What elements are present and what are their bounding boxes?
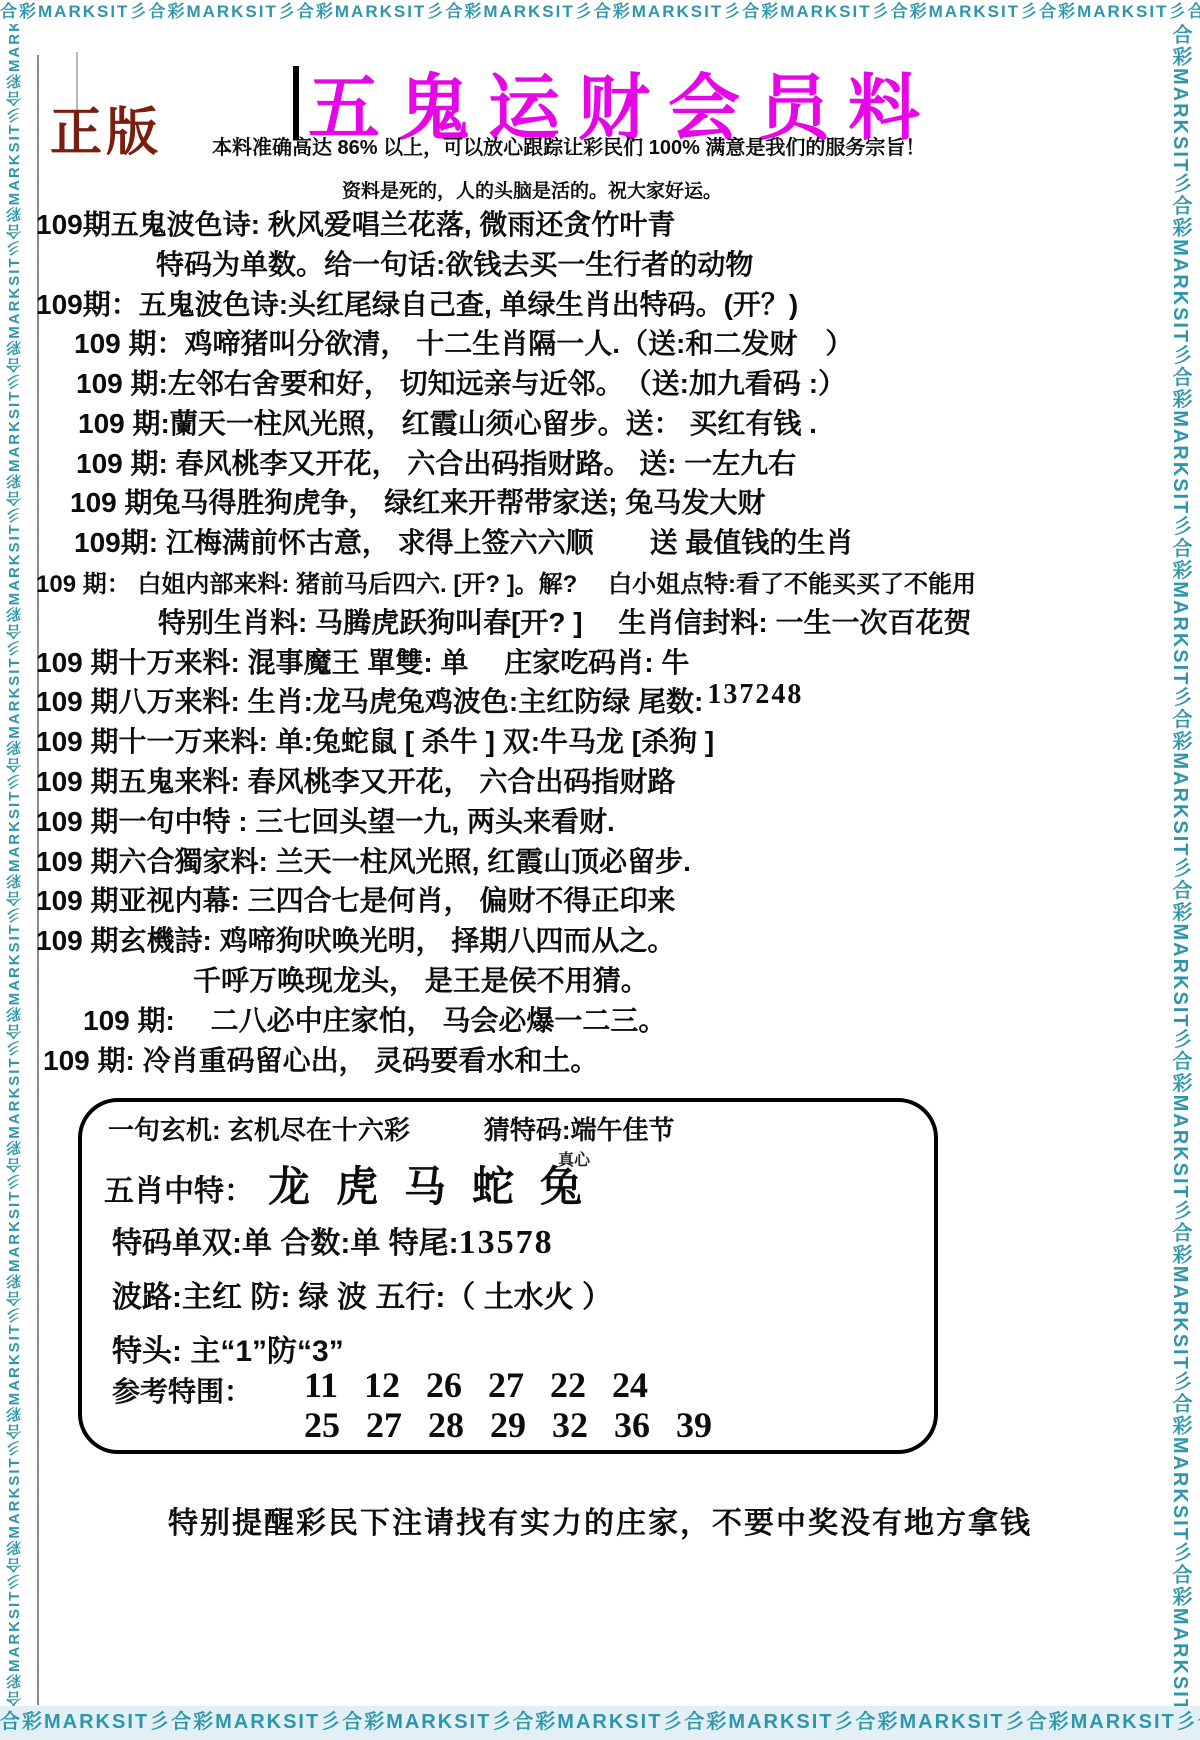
- reference-range-label: 参考特围：: [112, 1370, 252, 1410]
- tip-line-text: 109 期: 冷肖重码留心出， 灵码要看水和土。: [43, 1039, 598, 1079]
- tip-line-text: 109 期十一万来料: 单:兔蛇鼠 [ 杀牛 ] 双:牛马龙 [杀狗 ]: [36, 720, 714, 760]
- five-zodiac-line: 五肖中特：龙虎马蛇兔真心: [104, 1154, 608, 1214]
- reference-numbers-row1: 111226272224: [304, 1364, 674, 1406]
- tip-line: 109 期:蘭天一柱风光照， 红霞山须心留步。送： 买红有钱 .: [36, 402, 1186, 442]
- tip-lines: 109期五鬼波色诗: 秋风爱唱兰花落, 微雨还贪竹叶青特码为单数。给一句话:欲钱…: [36, 203, 1186, 1079]
- tip-line: 千呼万唤现龙头， 是王是侯不用猜。: [36, 959, 1186, 999]
- reference-number: 22: [550, 1365, 586, 1405]
- five-zodiac-animals: 龙虎马蛇兔: [268, 1163, 608, 1210]
- mystery-line: 一句玄机: 玄机尽在十六彩猜特码:端午佳节: [108, 1110, 675, 1147]
- reference-number: 12: [364, 1365, 400, 1405]
- tip-line-text: 109期：五鬼波色诗:头红尾绿自己查, 单绿生肖出特码。(开？): [36, 283, 798, 323]
- tip-line-text: 109 期一句中特 : 三七回头望一九, 两头来看财.: [36, 800, 615, 840]
- reference-numbers-row2: 25272829323639: [304, 1404, 738, 1446]
- tip-line-text: 109 期八万来料: 生肖:龙马虎兔鸡波色:主红防绿 尾数:: [36, 680, 703, 720]
- tip-line-text: 特码为单数。给一句话:欲钱去买一生行者的动物: [156, 243, 753, 283]
- reference-number: 39: [676, 1405, 712, 1445]
- footer-warning: 特别提醒彩民下注请找有实力的庄家，不要中奖没有地方拿钱: [0, 1498, 1200, 1542]
- tip-line: 109 期: 冷肖重码留心出， 灵码要看水和土。: [36, 1039, 1186, 1079]
- tip-line-text: 千呼万唤现龙头， 是王是侯不用猜。: [193, 959, 649, 999]
- tip-line-text: 特别生肖料: 马腾虎跃狗叫春[开? ] 生肖信封料: 一生一次百花贺: [158, 601, 972, 641]
- tip-line-text: 109 期十万来料: 混事魔王 單雙: 单 庄家吃码肖: 牛: [36, 641, 689, 681]
- tip-line-text: 109 期: 二八必中庄家怕， 马会必爆一二三。: [83, 999, 666, 1039]
- tip-line: 109 期: 春风桃李又开花， 六合出码指财路。 送: 一左九右: [36, 442, 1186, 482]
- reference-number: 36: [614, 1405, 650, 1445]
- tip-line-text: 109 期: 春风桃李又开花， 六合出码指财路。 送: 一左九右: [76, 442, 796, 482]
- tip-line: 109 期:左邻右舍要和好， 切知远亲与近邻。 （送:加九看码 :）: [36, 362, 1186, 402]
- tip-line: 特别生肖料: 马腾虎跃狗叫春[开? ] 生肖信封料: 一生一次百花贺: [36, 601, 1186, 641]
- tip-line-text: 109 期亚视内幕: 三四合七是何肖， 偏财不得正印来: [36, 879, 675, 919]
- reference-number: 32: [552, 1405, 588, 1445]
- tip-line: 109 期: 二八必中庄家怕， 马会必爆一二三。: [36, 999, 1186, 1039]
- tip-line-text: 109 期：鸡啼猪叫分欲清， 十二生肖隔一人.（送:和二发财 ）: [74, 322, 853, 362]
- reference-number: 11: [304, 1365, 338, 1405]
- page: { "border": { "pattern_unit": "合彩MARKSIT…: [0, 0, 1200, 1740]
- reference-number: 27: [488, 1365, 524, 1405]
- border-left-marksit: 合彩MARKSIT彡合彩MARKSIT彡合彩MARKSIT彡合彩MARKSIT彡…: [0, 24, 34, 1706]
- tip-line-text: 109 期:蘭天一柱风光照， 红霞山须心留步。送： 买红有钱 .: [78, 402, 817, 442]
- tip-line: 109 期：鸡啼猪叫分欲清， 十二生肖隔一人.（送:和二发财 ）: [36, 322, 1186, 362]
- accuracy-subtitle: 本料准确高达 86% 以上，可以放心跟踪让彩民们 100% 满意是我们的服务宗旨…: [212, 131, 925, 160]
- tip-line-text: 109 期六合獨家料: 兰天一柱风光照, 红霞山顶必留步.: [36, 840, 691, 880]
- five-zodiac-value: 龙虎马蛇兔真心: [268, 1163, 608, 1210]
- reference-number: 29: [490, 1405, 526, 1445]
- tip-line-text: 109 期兔马得胜狗虎争， 绿红来开帮带家送; 兔马发大财: [70, 481, 765, 521]
- tip-line: 109期：五鬼波色诗:头红尾绿自己查, 单绿生肖出特码。(开？): [36, 283, 1186, 323]
- tip-line: 109期五鬼波色诗: 秋风爱唱兰花落, 微雨还贪竹叶青: [36, 203, 1186, 243]
- tip-line: 109 期五鬼来料: 春风桃李又开花， 六合出码指财路: [36, 760, 1186, 800]
- tip-line-text: 109期五鬼波色诗: 秋风爱唱兰花落, 微雨还贪竹叶青: [36, 203, 675, 243]
- tip-line: 109 期十万来料: 混事魔王 單雙: 单 庄家吃码肖: 牛: [36, 641, 1186, 681]
- tip-line: 109 期兔马得胜狗虎争， 绿红来开帮带家送; 兔马发大财: [36, 482, 1186, 522]
- wave-path-line: 波路:主红 防: 绿 波 五行:（ 土水火 ）: [112, 1272, 612, 1316]
- reference-number: 28: [428, 1405, 464, 1445]
- reference-number: 24: [612, 1365, 648, 1405]
- tip-line: 109 期亚视内幕: 三四合七是何肖， 偏财不得正印来: [36, 880, 1186, 920]
- reference-number: 25: [304, 1405, 340, 1445]
- tip-line-text: 109 期:左邻右舍要和好， 切知远亲与近邻。 （送:加九看码 :）: [76, 362, 846, 402]
- tip-line: 109 期十一万来料: 单:兔蛇鼠 [ 杀牛 ] 双:牛马龙 [杀狗 ]: [36, 720, 1186, 760]
- tip-line: 109 期六合獨家料: 兰天一柱风光照, 红霞山顶必留步.: [36, 840, 1186, 880]
- tip-line: 109 期八万来料: 生肖:龙马虎兔鸡波色:主红防绿 尾数: 137248: [36, 681, 1186, 721]
- title-divider-bar: [293, 66, 299, 140]
- edition-label: 正版: [50, 90, 162, 165]
- tip-line: 109期: 江梅满前怀古意， 求得上签六六顺 送 最值钱的生肖: [36, 521, 1186, 561]
- tip-line-text: 109 期五鬼来料: 春风桃李又开花， 六合出码指财路: [36, 760, 675, 800]
- tip-line: 109 期： 白姐内部来料: 猪前马后四六. [开? ]。解? 白小姐点特:看了…: [36, 561, 1186, 601]
- special-tail-digits: 13578: [459, 1224, 554, 1261]
- tip-line: 109 期一句中特 : 三七回头望一九, 两头来看财.: [36, 800, 1186, 840]
- reference-number: 27: [366, 1405, 402, 1445]
- motto-line: 资料是死的，人的头脑是活的。祝大家好运。: [342, 176, 722, 203]
- odd-even-line: 特码单双:单 合数:单 特尾:13578: [112, 1218, 554, 1262]
- tail-digits: 137248: [707, 679, 803, 711]
- odd-even-text: 特码单双:单 合数:单 特尾:: [112, 1227, 459, 1260]
- tip-line-text: 109 期玄機詩: 鸡啼狗吠唤光明， 择期八四而从之。: [36, 919, 675, 959]
- reference-number: 26: [426, 1365, 462, 1405]
- mystery-text: 一句玄机: 玄机尽在十六彩: [108, 1115, 410, 1145]
- tip-line-text: 109期: 江梅满前怀古意， 求得上签六六顺 送 最值钱的生肖: [74, 521, 853, 561]
- border-top-marksit: 合彩MARKSIT彡合彩MARKSIT彡合彩MARKSIT彡合彩MARKSIT彡…: [0, 0, 1200, 26]
- tip-line: 109 期玄機詩: 鸡啼狗吠唤光明， 择期八四而从之。: [36, 919, 1186, 959]
- five-zodiac-label: 五肖中特：: [104, 1175, 254, 1208]
- border-bottom-marksit: 合彩MARKSIT彡合彩MARKSIT彡合彩MARKSIT彡合彩MARKSIT彡…: [0, 1706, 1200, 1740]
- prediction-box: 一句玄机: 玄机尽在十六彩猜特码:端午佳节 五肖中特：龙虎马蛇兔真心 特码单双:…: [78, 1098, 938, 1454]
- guess-special-text: 猜特码:端午佳节: [484, 1115, 675, 1145]
- handwritten-note: 真心: [558, 1147, 590, 1170]
- tip-line-text: 109 期： 白姐内部来料: 猪前马后四六. [开? ]。解? 白小姐点特:看了…: [36, 564, 976, 599]
- tip-line: 特码为单数。给一句话:欲钱去买一生行者的动物: [36, 243, 1186, 283]
